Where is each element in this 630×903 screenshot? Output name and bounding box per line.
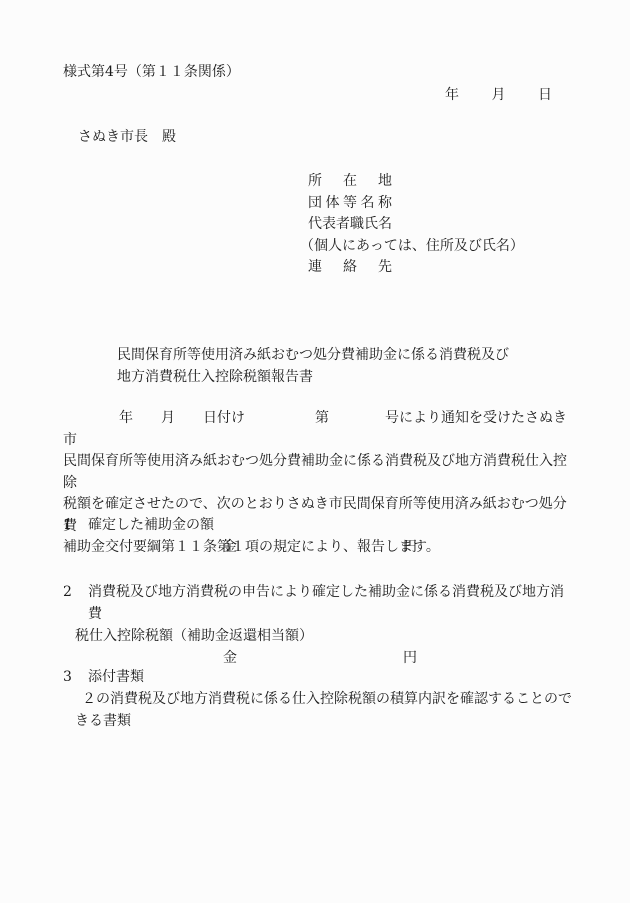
document-title: 民間保育所等使用済み紙おむつ処分費補助金に係る消費税及び 地方消費税仕入控除税額… [117,344,509,388]
section-2: 2 消費税及び地方消費税の申告により確定した補助金に係る消費税及び地方消費 税仕… [63,581,575,669]
section1-heading: 確定した補助金の額 [88,514,214,536]
addressee-line: さぬき市長 殿 [78,126,176,148]
section3-heading: 添付書類 [88,666,144,688]
sender-representative-label: 代表者職氏名 [308,214,524,236]
document-page: 様式第4号（第１１条関係） 年 月 日 さぬき市長 殿 所在地 団体等名称 代表… [0,0,630,903]
section3-body-line1: ２の消費税及び地方消費税に係る仕入控除税額の積算内訳を確認することので [63,688,575,710]
document-title-line1: 民間保育所等使用済み紙おむつ処分費補助金に係る消費税及び [117,344,509,366]
section1-amount-line: 金 円 [63,536,575,558]
section2-heading-line1: 2 消費税及び地方消費税の申告により確定した補助金に係る消費税及び地方消費 [63,581,575,625]
section2-number: 2 [63,581,88,625]
document-title-line2: 地方消費税仕入控除税額報告書 [117,366,509,388]
section1-number: 1 [63,514,88,536]
section-1: 1 確定した補助金の額 金 円 [63,514,575,558]
section3-heading-line: 3 添付書類 [63,666,575,688]
section2-heading: 消費税及び地方消費税の申告により確定した補助金に係る消費税及び地方消費 [88,581,575,625]
date-line: 年 月 日 [445,84,554,106]
sender-organization-label: 団体等名称 [308,193,392,215]
sender-individual-note: （個人にあっては、住所及び氏名） [300,236,524,258]
body-paragraph-line2: 民間保育所等使用済み紙おむつ処分費補助金に係る消費税及び地方消費税仕入控除 [63,451,575,494]
sender-block: 所在地 団体等名称 代表者職氏名 （個人にあっては、住所及び氏名） 連絡先 [308,171,524,279]
section1-amount-suffix: 円 [403,536,417,558]
form-number: 様式第4号（第１１条関係） [63,61,240,83]
section2-heading-line2: 税仕入控除税額（補助金返還相当額） [63,625,575,647]
sender-address-label: 所在地 [308,171,392,193]
sender-contact-label: 連絡先 [308,257,392,279]
section3-body-line2: きる書類 [63,710,575,732]
body-paragraph-line1: 年 月 日付け 第 号により通知を受けたさぬき市 [63,408,575,451]
section1-heading-line: 1 確定した補助金の額 [63,514,575,536]
section-3: 3 添付書類 ２の消費税及び地方消費税に係る仕入控除税額の積算内訳を確認すること… [63,666,575,732]
section1-amount-prefix: 金 [223,536,237,558]
section3-number: 3 [63,666,88,688]
